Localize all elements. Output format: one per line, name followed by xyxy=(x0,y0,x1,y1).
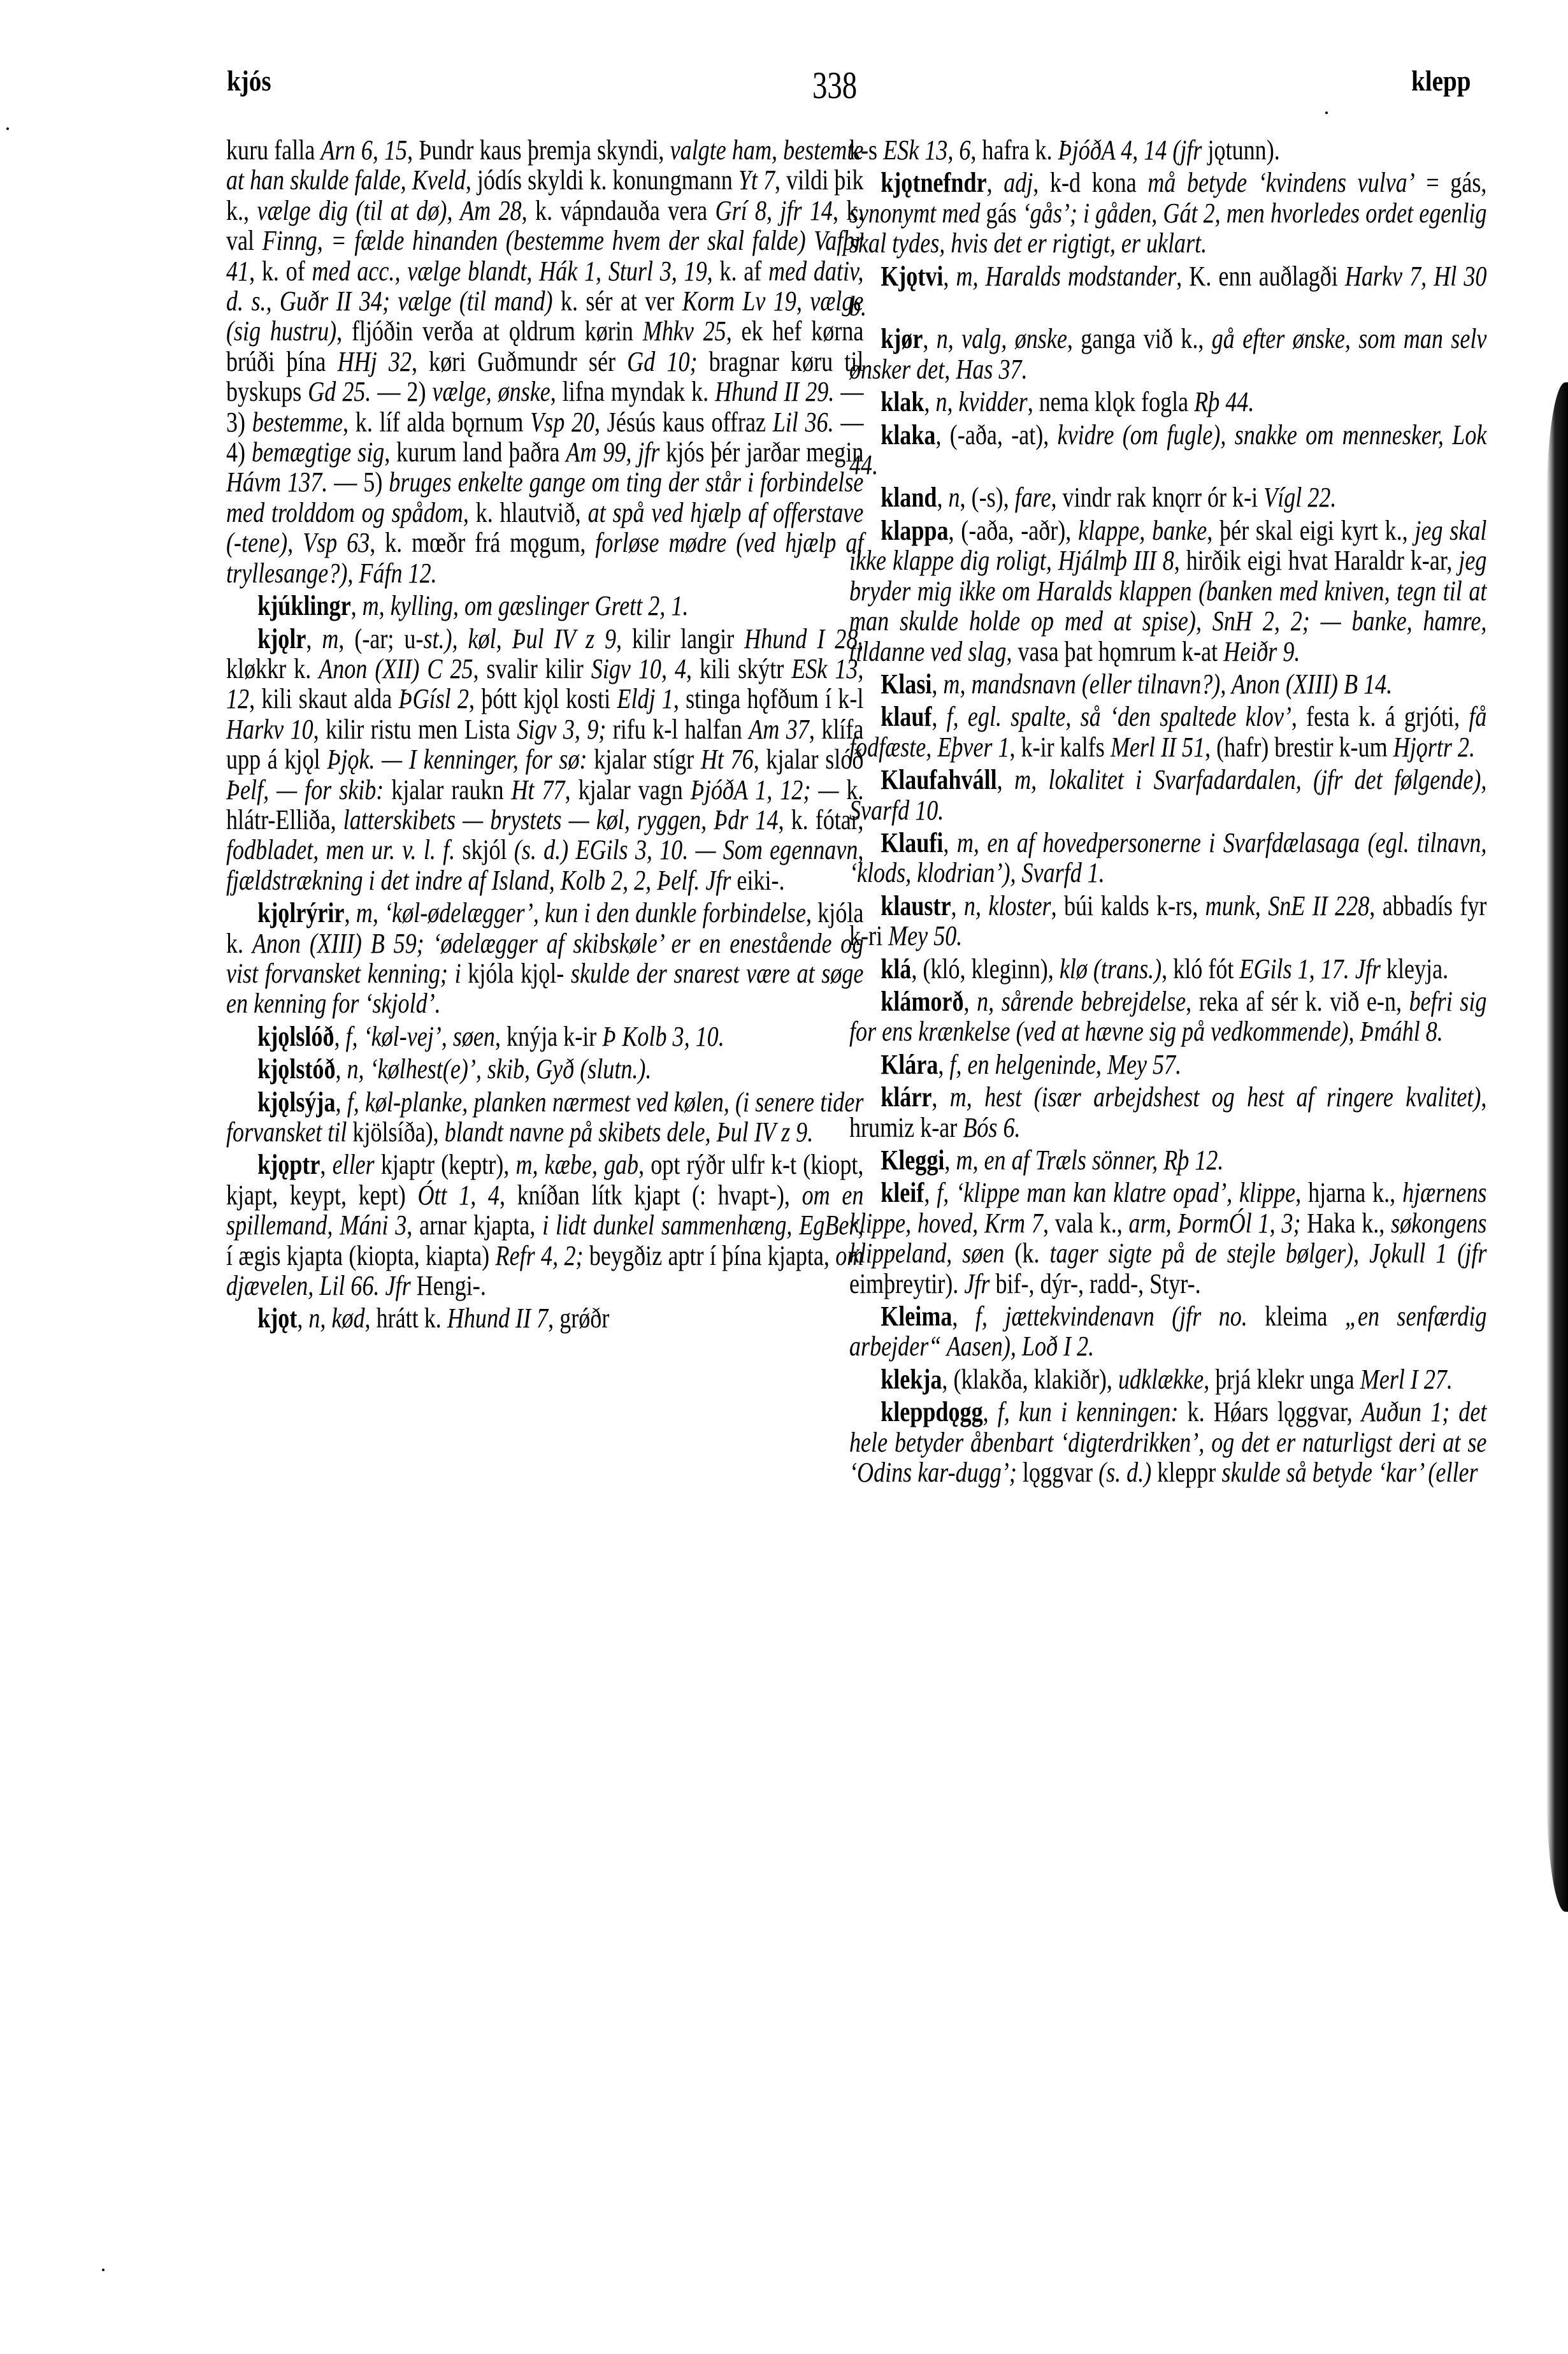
headword: klárr xyxy=(881,1081,931,1113)
dictionary-entry: kleppdǫgg, f, kun i kenningen: k. Hǿars … xyxy=(849,1397,1486,1487)
italic-gloss: ÞjóðA 4, 14 (jfr xyxy=(1058,134,1202,166)
italic-gloss: Merl I 27. xyxy=(1360,1364,1453,1395)
headword: klaka xyxy=(881,419,935,451)
italic-gloss: f, egl. spalte, så ‘den spaltede klov’ xyxy=(947,701,1291,732)
italic-gloss: Sigv 3, 9; xyxy=(517,714,606,745)
italic-gloss: ÞGísl 2 xyxy=(398,683,468,714)
italic-gloss: vælge dig (til at dø), Am 28 xyxy=(257,195,521,226)
headword: klámorð xyxy=(881,986,963,1017)
entry-text: , xyxy=(924,1177,937,1208)
italic-gloss: udklække xyxy=(1118,1364,1204,1395)
italic-gloss: Harkv 10 xyxy=(226,714,313,745)
entry-text: gás xyxy=(980,198,1022,229)
italic-gloss: må betyde ‘kvindens vulva’ xyxy=(1147,167,1414,198)
left-column: kuru falla Arn 6, 15, Þundr kaus þremja … xyxy=(226,135,863,1336)
entry-text: , fljóðin verða at ǫldrum kørin xyxy=(336,315,643,347)
italic-gloss: adj xyxy=(1003,167,1033,198)
scan-edge-shadow xyxy=(1546,382,1568,1912)
dictionary-entry: Kjǫtvi, m, Haralds modstander, K. enn au… xyxy=(849,261,1486,322)
headword: Kleima xyxy=(881,1301,952,1332)
italic-gloss: Merl II 51 xyxy=(1111,732,1205,763)
entry-text: , (-aða, -aðr), xyxy=(949,515,1079,546)
italic-gloss: latterskibets — brystets — køl, ryggen, … xyxy=(343,804,779,835)
entry-text: , k-ir kalfs xyxy=(1010,732,1111,763)
headword: kleif xyxy=(881,1177,924,1208)
italic-gloss: n, kloster xyxy=(964,890,1051,921)
italic-gloss: klø (trans.) xyxy=(1060,953,1162,985)
entry-text: jǫtunn). xyxy=(1202,134,1279,166)
entry-text: Haka k., xyxy=(1300,1208,1391,1239)
entry-text: , xyxy=(997,764,1014,795)
entry-text: , knýja k-ir xyxy=(495,1021,602,1052)
entry-text: , xyxy=(297,1303,308,1334)
entry-text: , svalir kilir xyxy=(473,653,591,684)
dictionary-entry: Kleima, f, jættekvindenavn (jfr no. klei… xyxy=(849,1301,1486,1362)
right-guideword: klepp xyxy=(1411,64,1471,97)
entry-text: , k. hlautvið, xyxy=(463,497,588,528)
entry-text: , kili skaut alda xyxy=(249,683,398,714)
dictionary-entry: kjǫtnefndr, adj, k-d kona må betyde ‘kvi… xyxy=(849,168,1486,258)
italic-gloss: n, valg, ønske xyxy=(937,323,1067,354)
dictionary-entry: klaustr, n, kloster, búi kalds k-rs, mun… xyxy=(849,891,1486,951)
italic-gloss: tager sigte på de stejle bølger), Jǫkull… xyxy=(1049,1238,1486,1269)
italic-gloss: fodbladet, men ur. v. l. f. xyxy=(226,834,455,865)
italic-gloss: Ht 76 xyxy=(701,744,754,775)
entry-text: — 2) xyxy=(371,376,432,407)
dictionary-entry: klaka, (-aða, -at), kvidre (om fugle), s… xyxy=(849,420,1486,480)
entry-text: , xyxy=(931,1081,949,1113)
entry-text: , vasa þat hǫmrum k-at xyxy=(1006,636,1223,667)
entry-text: , (-ar; u- xyxy=(338,623,423,654)
entry-text: , xyxy=(983,1396,998,1427)
headword: kjør xyxy=(881,323,923,354)
entry-text: kjalar raukn xyxy=(384,774,511,805)
italic-gloss: Jfr xyxy=(964,1268,989,1299)
entry-text: , xyxy=(931,668,943,700)
entry-text: , kurum land þaðra xyxy=(384,437,566,468)
entry-text: Hengi-. xyxy=(411,1270,486,1301)
italic-gloss: Am 37 xyxy=(749,714,809,745)
entry-text: , kjalar slóð xyxy=(754,744,864,775)
entry-text: , xyxy=(924,386,935,417)
dictionary-entry: kjǫlslóð, f, ‘køl-vej’, søen, knýja k-ir… xyxy=(226,1022,863,1051)
dictionary-entry: kjǫlstóð, n, ‘kølhest(e)’, skib, Gyð (sl… xyxy=(226,1054,863,1084)
dictionary-entry: Kleggi, m, en af Træls sönner, Rþ 12. xyxy=(849,1145,1486,1175)
entry-text: , þér skal eigi kyrt k., xyxy=(1207,515,1414,546)
italic-gloss: m, kæbe, gab xyxy=(515,1149,638,1180)
entry-text: , xyxy=(987,167,1004,198)
dictionary-entry: kjǫlsýja, f, køl-planke, planken nærmest… xyxy=(226,1087,863,1148)
entry-text: , (-aða, -at), xyxy=(935,419,1057,451)
dictionary-entry: kjǫlrýrir, m, ‘køl-ødelægger’, kun i den… xyxy=(226,898,863,1019)
italic-gloss: Refr 4, 2; xyxy=(496,1240,584,1271)
headword: Kleggi xyxy=(881,1145,944,1176)
entry-text: , kjalar vagn xyxy=(565,774,691,805)
dictionary-entry: kjǫt, n, kød, hrátt k. Hhund II 7, grǿðr xyxy=(226,1303,863,1333)
entry-text: , Jésús kaus offraz xyxy=(594,407,773,438)
entry-text: , (hafr) brestir k-um xyxy=(1205,732,1393,763)
entry-text: , kníðan lítk kjapt (: hvapt-), xyxy=(500,1180,802,1211)
scan-speck xyxy=(102,2269,104,2271)
italic-gloss: Hávm 137. xyxy=(226,466,327,498)
entry-text: , xyxy=(931,701,946,732)
headword: Kjǫtvi xyxy=(881,261,943,292)
italic-gloss: Ótt 1, 4 xyxy=(417,1180,500,1211)
italic-gloss: munk, SnE II 228 xyxy=(1205,890,1370,921)
entry-text: = gás, xyxy=(1415,167,1487,198)
entry-text: , xyxy=(938,1049,949,1080)
entry-text: kjalar stígr xyxy=(587,744,701,775)
entry-text: kleima xyxy=(1248,1301,1345,1332)
entry-text: , hjarna k., xyxy=(1295,1177,1402,1208)
entry-text: , kili skýtr xyxy=(686,653,791,684)
italic-gloss: vælge, ønske xyxy=(432,376,550,407)
headword: kjǫlsýja xyxy=(257,1087,335,1118)
dictionary-entry: Klára, f, en helgeninde, Mey 57. xyxy=(849,1050,1486,1080)
italic-gloss: klappe, banke xyxy=(1078,515,1207,546)
entry-text: lǫggvar xyxy=(1017,1457,1098,1488)
italic-gloss: arm, ÞormÓl 1, 3; xyxy=(1129,1208,1301,1239)
entry-text: , k. líf alda bǫrnum xyxy=(343,407,530,438)
entry-text: beygðiz aptr í þína kjapta, xyxy=(584,1240,836,1271)
entry-text: skjól xyxy=(455,834,514,865)
headword: klappa xyxy=(881,515,948,546)
italic-gloss: m, en af Træls sönner, Rþ 12. xyxy=(956,1145,1223,1176)
entry-text: , k. vápndauða vera xyxy=(522,195,716,226)
entry-text: , K. enn auðlagði xyxy=(1176,261,1345,292)
entry-text: , reka af sér k. við e-n, xyxy=(1186,986,1409,1017)
italic-gloss: synonymt med xyxy=(849,198,980,229)
italic-gloss: f, ‘klippe man kan klatre opad’, klippe xyxy=(937,1177,1295,1208)
entry-text: , ganga við k., xyxy=(1067,323,1212,354)
italic-gloss: Mey 50. xyxy=(888,920,962,951)
entry-text: (k. xyxy=(1004,1238,1049,1269)
dictionary-entry: Klaufahváll, m, lokalitet i Svarfadardal… xyxy=(849,765,1486,825)
entry-text: , þrjá klekr unga xyxy=(1204,1364,1360,1395)
entry-text: , arnar kjapta, xyxy=(406,1209,542,1241)
entry-text: , jódís skyldi k. konungmann xyxy=(466,164,738,196)
italic-gloss: Vígl 22. xyxy=(1263,482,1336,513)
left-guideword: kjós xyxy=(227,64,271,97)
dictionary-entry: Klasi, m, mandsnavn (eller tilnavn?), An… xyxy=(849,669,1486,699)
entry-text: , vala k., xyxy=(1043,1208,1129,1239)
entry-text: , xyxy=(963,986,977,1017)
entry-text: , búi kalds k-rs, xyxy=(1051,890,1205,921)
entry-text: , (klakða, klakiðr), xyxy=(942,1364,1118,1395)
italic-gloss: n, kvidder xyxy=(935,386,1027,417)
entry-text: bif-, dýr-, radd-, Styr-. xyxy=(989,1268,1200,1299)
dictionary-page: kjós 338 klepp kuru falla Arn 6, 15, Þun… xyxy=(0,0,1568,2354)
italic-gloss: i lidt dunkel sammenhæng, EgBer xyxy=(542,1209,858,1241)
italic-gloss: Rþ 44. xyxy=(1194,386,1254,417)
italic-gloss: Lil 36. xyxy=(773,407,834,438)
headword: kjǫlslóð xyxy=(257,1021,334,1052)
entry-continuation: kuru falla Arn 6, 15, Þundr kaus þremja … xyxy=(226,135,863,588)
dictionary-entry: kleif, f, ‘klippe man kan klatre opad’, … xyxy=(849,1178,1486,1299)
headword: klaustr xyxy=(881,890,951,921)
entry-text: , kló fót xyxy=(1162,953,1239,985)
headword: kjǫt xyxy=(257,1303,297,1334)
headword: Klára xyxy=(881,1049,938,1080)
entry-text: , k-d kona xyxy=(1033,167,1147,198)
italic-gloss: st.), køl, Þul IV z 9 xyxy=(423,623,616,654)
italic-gloss: ESk 13, 6 xyxy=(883,134,970,166)
headword: klauf xyxy=(881,701,931,732)
italic-gloss: HHj 32 xyxy=(338,346,412,377)
entry-text: k-s xyxy=(849,134,883,166)
entry-text: kleppr xyxy=(1151,1457,1221,1488)
entry-text: , vindr rak knǫrr ór k-i xyxy=(1051,482,1264,513)
headword: klak xyxy=(881,386,924,417)
entry-text: , xyxy=(320,1149,332,1180)
dictionary-entry: klámorð, n, sårende bebrejdelse, reka af… xyxy=(849,986,1486,1047)
right-column: k-s ESk 13, 6, hafra k. ÞjóðA 4, 14 (jfr… xyxy=(849,135,1486,1490)
headword: klekja xyxy=(881,1364,942,1395)
italic-gloss: n xyxy=(949,482,960,513)
italic-gloss: n, ‘kølhest(e)’, skib, Gyð (slutn.). xyxy=(347,1053,652,1085)
scan-speck xyxy=(1325,112,1328,114)
entry-text: , festa k. á grjóti, xyxy=(1291,701,1469,732)
entry-text: eiki-. xyxy=(731,865,784,896)
italic-gloss: med acc., vælge blandt, Hák 1, Sturl 3, … xyxy=(312,256,707,287)
italic-gloss: f, en helgeninde, Mey 57. xyxy=(949,1049,1181,1080)
dictionary-entry: kjǫptr, eller kjaptr (keptr), m, kæbe, g… xyxy=(226,1150,863,1301)
entry-text: , (kló, kleginn), xyxy=(911,953,1059,985)
entry-text: , hirðik eigi hvat Haraldr k-ar, xyxy=(1174,545,1459,576)
italic-gloss: Gd 25. xyxy=(308,376,371,407)
entry-text: , Þundr kaus þremja skyndi, xyxy=(407,134,670,166)
entry-text: , xyxy=(943,261,956,292)
page-number: 338 xyxy=(812,64,857,108)
headword: Klaufahváll xyxy=(881,764,996,795)
entry-text: k. Hǿars lǫggvar, xyxy=(1178,1396,1361,1427)
italic-gloss: m, hest (især arbejdshest og hest af rin… xyxy=(950,1081,1481,1113)
entry-text: , lifna myndak k. xyxy=(550,376,715,407)
italic-gloss: Anon (XII) C 25 xyxy=(319,653,473,684)
italic-gloss: EGils 1, 17. Jfr xyxy=(1239,953,1380,985)
italic-gloss: m, mandsnavn (eller tilnavn?), Anon (XII… xyxy=(943,668,1392,700)
entry-continuation: k-s ESk 13, 6, hafra k. ÞjóðA 4, 14 (jfr… xyxy=(849,135,1486,165)
italic-gloss: skulde så betyde ‘kar’ (eller xyxy=(1221,1457,1478,1488)
italic-gloss: m xyxy=(322,623,338,654)
entry-text: , stinga hǫfðum í k-l xyxy=(673,683,864,714)
headword: Klasi xyxy=(881,668,931,700)
italic-gloss: Þjǫk. — I kenninger, for sø: xyxy=(327,744,587,775)
dictionary-entry: klekja, (klakða, klakiðr), udklække, þrj… xyxy=(849,1364,1486,1394)
entry-text: , kilir ristu men Lista xyxy=(313,714,517,745)
italic-gloss: f, kun i kenningen: xyxy=(998,1396,1179,1427)
entry-text: , þótt kjǫl kosti xyxy=(469,683,617,714)
italic-gloss: bestemme xyxy=(252,407,343,438)
italic-gloss: Þ Kolb 3, 10. xyxy=(602,1021,724,1052)
italic-gloss: fare xyxy=(1015,482,1051,513)
entry-text: , xyxy=(937,482,948,513)
entry-text: , k. of xyxy=(249,256,312,287)
dictionary-entry: klárr, m, hest (især arbejdshest og hest… xyxy=(849,1082,1486,1143)
scan-speck xyxy=(6,127,9,130)
entry-text: kjölsíða), xyxy=(347,1116,444,1148)
italic-gloss: Hhund II 7 xyxy=(447,1303,548,1334)
entry-text: , xyxy=(344,897,356,928)
left-column-text: kuru falla Arn 6, 15, Þundr kaus þremja … xyxy=(226,135,863,1334)
entry-text: kjóla kjǫl- xyxy=(461,958,571,989)
entry-text: , xyxy=(943,827,956,858)
entry-text: , hafra k. xyxy=(970,134,1058,166)
headword: kleppdǫgg xyxy=(881,1396,982,1427)
italic-gloss: n, sårende bebrejdelse xyxy=(977,986,1186,1017)
italic-gloss: Hhund II 29. xyxy=(715,376,834,407)
italic-gloss: m, ‘køl-ødelægger’, kun i den dunkle for… xyxy=(356,897,806,928)
dictionary-entry: Klaufi, m, en af hovedpersonerne i Svarf… xyxy=(849,828,1486,888)
italic-gloss: bemægtige sig xyxy=(252,437,384,468)
entry-text: , grǿðr xyxy=(548,1303,609,1334)
italic-gloss: Grí 8, jfr 14 xyxy=(716,195,833,226)
italic-gloss: n, kød xyxy=(308,1303,364,1334)
headword: kjǫptr xyxy=(257,1149,320,1180)
entry-text: rifu k-l halfan xyxy=(606,714,749,745)
entry-text: , xyxy=(923,323,936,354)
italic-gloss: Am 99, jfr xyxy=(566,437,659,468)
right-column-text: k-s ESk 13, 6, hafra k. ÞjóðA 4, 14 (jfr… xyxy=(849,135,1486,1487)
italic-gloss: Vsp 20 xyxy=(530,407,594,438)
entry-text: , (-s), xyxy=(960,482,1015,513)
entry-text: — 5) xyxy=(327,466,389,498)
italic-gloss: Hjǫrtr 2. xyxy=(1393,732,1475,763)
entry-text: , xyxy=(334,1021,345,1052)
italic-gloss: Hhund I 28 xyxy=(744,623,858,654)
italic-gloss: Yt 7 xyxy=(738,164,775,196)
italic-gloss: Þelf, — for skib: xyxy=(226,774,384,805)
italic-gloss: blandt navne på skibets dele, Þul IV z 9… xyxy=(445,1116,814,1148)
italic-gloss: Gd 10; xyxy=(627,346,697,377)
dictionary-entry: klauf, f, egl. spalte, så ‘den spaltede … xyxy=(849,702,1486,762)
entry-text: kuru falla xyxy=(226,134,321,166)
italic-gloss: f, jættekvindenavn (jfr no. xyxy=(975,1301,1248,1332)
italic-gloss: f, ‘køl-vej’, søen xyxy=(346,1021,495,1052)
italic-gloss: m, Haralds modstander xyxy=(956,261,1176,292)
entry-text: , xyxy=(944,1145,956,1176)
entry-text: , xyxy=(335,1053,347,1085)
entry-text: eimþreytir). xyxy=(849,1268,964,1299)
headword: kland xyxy=(881,482,937,513)
italic-gloss: (s. d.) xyxy=(1098,1457,1151,1488)
italic-gloss: Bós 6. xyxy=(963,1112,1020,1143)
italic-gloss: Heiðr 9. xyxy=(1223,636,1300,667)
entry-text: , køri Guðmundr sér xyxy=(412,346,627,377)
italic-gloss: m, kylling, om gæslinger Grett 2, 1. xyxy=(363,590,689,621)
dictionary-entry: klak, n, kvidder, nema klǫk fogla Rþ 44. xyxy=(849,387,1486,417)
headword: klá xyxy=(881,953,911,985)
italic-gloss: Arn 6, 15 xyxy=(321,134,408,166)
headword: kjúklingr xyxy=(257,590,350,621)
entry-text: , nema klǫk fogla xyxy=(1028,386,1195,417)
entry-text: , xyxy=(952,1301,975,1332)
entry-text: , hrátt k. xyxy=(365,1303,447,1334)
headword: kjǫlrýrir xyxy=(257,897,344,928)
dictionary-entry: kjør, n, valg, ønske, ganga við k., gå e… xyxy=(849,324,1486,384)
headword: Klaufi xyxy=(881,827,943,858)
entry-text: kleyja. xyxy=(1381,953,1448,985)
dictionary-entry: kland, n, (-s), fare, vindr rak knǫrr ór… xyxy=(849,482,1486,512)
italic-gloss: Sigv 10, 4 xyxy=(591,653,686,684)
dictionary-entry: klá, (kló, kleginn), klø (trans.), kló f… xyxy=(849,954,1486,984)
entry-text: kjós þér jarðar megin xyxy=(659,437,863,468)
entry-text: , xyxy=(335,1087,347,1118)
headword: kjǫlr xyxy=(257,623,306,654)
dictionary-entry: kjúklingr, m, kylling, om gæslinger Gret… xyxy=(226,591,863,621)
entry-text: , k. af xyxy=(707,256,768,287)
entry-text: k. sér at ver xyxy=(553,285,682,317)
dictionary-entry: kjǫlr, m, (-ar; u-st.), køl, Þul IV z 9,… xyxy=(226,624,863,896)
entry-text: , xyxy=(306,623,322,654)
entry-text: , xyxy=(351,590,363,621)
entry-text: kjaptr (keptr), xyxy=(375,1149,516,1180)
entry-text: , xyxy=(951,890,963,921)
italic-gloss: eller xyxy=(333,1149,375,1180)
entry-text: , k. mœðr frá mǫgum, xyxy=(370,527,595,558)
entry-text: , kilir langir xyxy=(616,623,744,654)
italic-gloss: ÞjóðA 1, 12; — xyxy=(691,774,839,805)
italic-gloss: Eldj 1 xyxy=(617,683,673,714)
italic-gloss: Mhkv 25 xyxy=(643,315,726,347)
headword: kjǫlstóð xyxy=(257,1053,335,1085)
italic-gloss: Ht 77 xyxy=(511,774,565,805)
dictionary-entry: klappa, (-aða, -aðr), klappe, banke, þér… xyxy=(849,516,1486,667)
headword: kjǫtnefndr xyxy=(881,167,986,198)
